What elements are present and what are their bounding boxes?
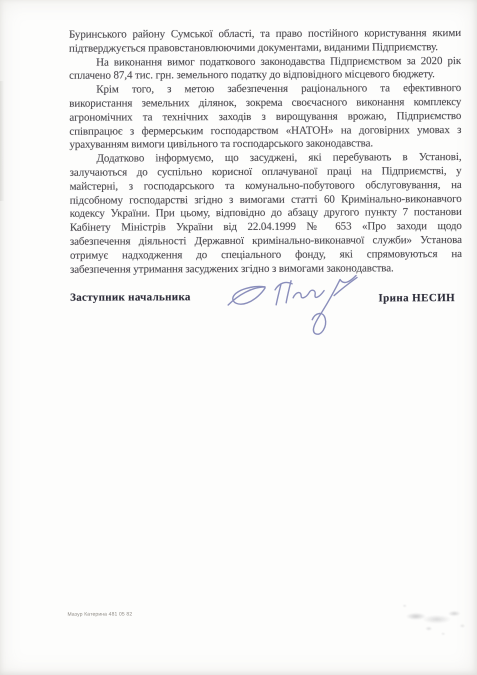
signature-block: Заступник начальника Ірина НЕСИН [0,0,476,1]
scan-smudge-artifact [393,595,473,639]
text-line: підтверджується правовстановлюючими доку… [69,41,461,57]
text-line: використання земельних ділянок, зокрема … [69,96,461,112]
text-line: Буринського району Сумської області, та … [69,27,461,43]
paragraph-1: Буринського району Сумської області, та … [69,27,461,56]
text-line: майстерні, з господарського та комунальн… [70,179,462,195]
text-line: залучаються до суспільно корисної оплачу… [70,165,462,181]
document-body: Буринського району Сумської області, та … [69,27,462,277]
paragraph-3: Крім того, з метою забезпечення раціонал… [69,82,461,153]
scan-tilt-wrapper: Буринського району Сумської області, та … [0,0,477,675]
signer-name: Ірина НЕСИН [378,292,455,304]
paragraph-2: На виконання вимог податкового законодав… [69,55,461,84]
text-line: співпрацює з фермерським господарством «… [69,124,461,140]
handwritten-signature-icon [224,273,364,338]
text-line: забезпечення діяльності Державної кримін… [70,234,462,250]
paragraph-4: Додатково інформуємо, що засуджені, які … [69,151,462,277]
signer-title: Заступник начальника [70,291,191,304]
text-line: агрономічних та технічних заходів з виро… [69,110,461,126]
text-line: отримує надходження до спеціального фонд… [70,248,462,264]
scanned-document-page: Буринського району Сумської області, та … [0,0,477,675]
executor-contact: Мазур Катерина 481 05 82 [67,611,132,617]
scan-edge-shadow [0,81,5,201]
